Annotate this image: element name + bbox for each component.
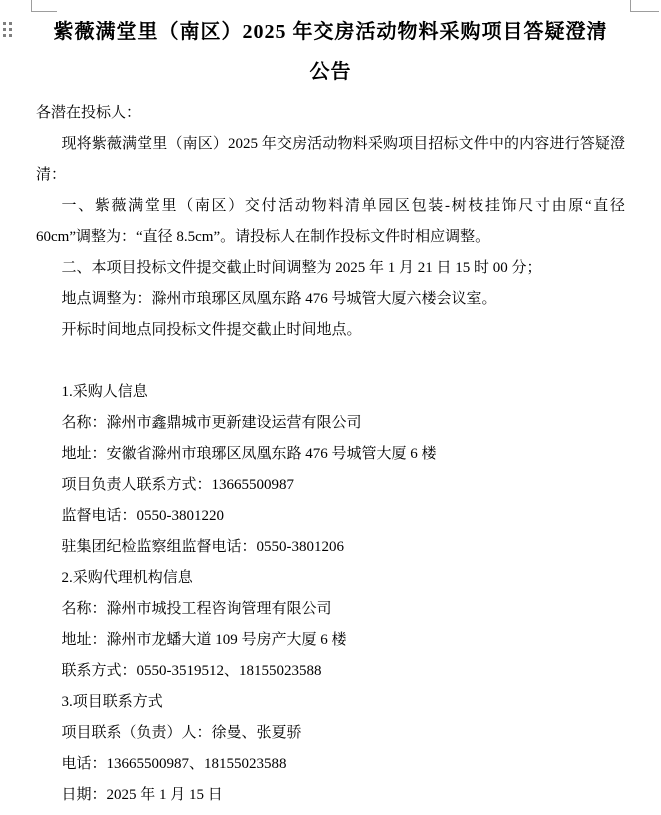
page-title: 紫薇满堂里（南区）2025 年交房活动物料采购项目答疑澄清 公告 [36, 0, 625, 92]
page-title-line-1: 紫薇满堂里（南区）2025 年交房活动物料采购项目答疑澄清 [36, 12, 625, 52]
agency-address: 地址：滁州市龙蟠大道 109 号房产大厦 6 楼 [36, 625, 625, 656]
purchaser-address: 地址：安徽省滁州市琅琊区凤凰东路 476 号城管大厦 6 楼 [36, 439, 625, 470]
intro-paragraph: 现将紫薇满堂里（南区）2025 年交房活动物料采购项目招标文件中的内容进行答疑澄… [36, 129, 625, 191]
date-line: 日期：2025 年 1 月 15 日 [36, 780, 625, 811]
project-leader-contact: 项目负责人联系方式：13665500987 [36, 470, 625, 501]
salutation: 各潜在投标人： [36, 98, 625, 129]
section-1-heading: 1.采购人信息 [36, 377, 625, 408]
crop-mark-top-left-icon [31, 11, 57, 12]
supervision-phone: 监督电话：0550-3801220 [36, 501, 625, 532]
location-adjustment: 地点调整为：滁州市琅琊区凤凰东路 476 号城管大厦六楼会议室。 [36, 284, 625, 315]
drag-handle-icon[interactable] [3, 22, 12, 37]
document-page: { "document": { "title": { "line1": "紫薇满… [0, 0, 661, 815]
clarification-item-1: 一、紫薇满堂里（南区）交付活动物料清单园区包装-树枝挂饰尺寸由原“直径 60cm… [36, 191, 625, 253]
section-3-heading: 3.项目联系方式 [36, 687, 625, 718]
discipline-supervision-phone: 驻集团纪检监察组监督电话：0550-3801206 [36, 532, 625, 563]
blank-line [36, 346, 625, 377]
document-body: 紫薇满堂里（南区）2025 年交房活动物料采购项目答疑澄清 公告 各潜在投标人：… [36, 0, 625, 811]
agency-contact: 联系方式：0550-3519512、18155023588 [36, 656, 625, 687]
crop-mark-top-right-icon [630, 11, 659, 12]
opening-time-note: 开标时间地点同投标文件提交截止时间地点。 [36, 315, 625, 346]
page-title-line-2: 公告 [36, 52, 625, 92]
contact-phones: 电话：13665500987、18155023588 [36, 749, 625, 780]
project-contacts: 项目联系（负责）人：徐曼、张夏骄 [36, 718, 625, 749]
purchaser-name: 名称：滁州市鑫鼎城市更新建设运营有限公司 [36, 408, 625, 439]
agency-name: 名称：滁州市城投工程咨询管理有限公司 [36, 594, 625, 625]
clarification-item-2: 二、本项目投标文件提交截止时间调整为 2025 年 1 月 21 日 15 时 … [36, 253, 625, 284]
section-2-heading: 2.采购代理机构信息 [36, 563, 625, 594]
